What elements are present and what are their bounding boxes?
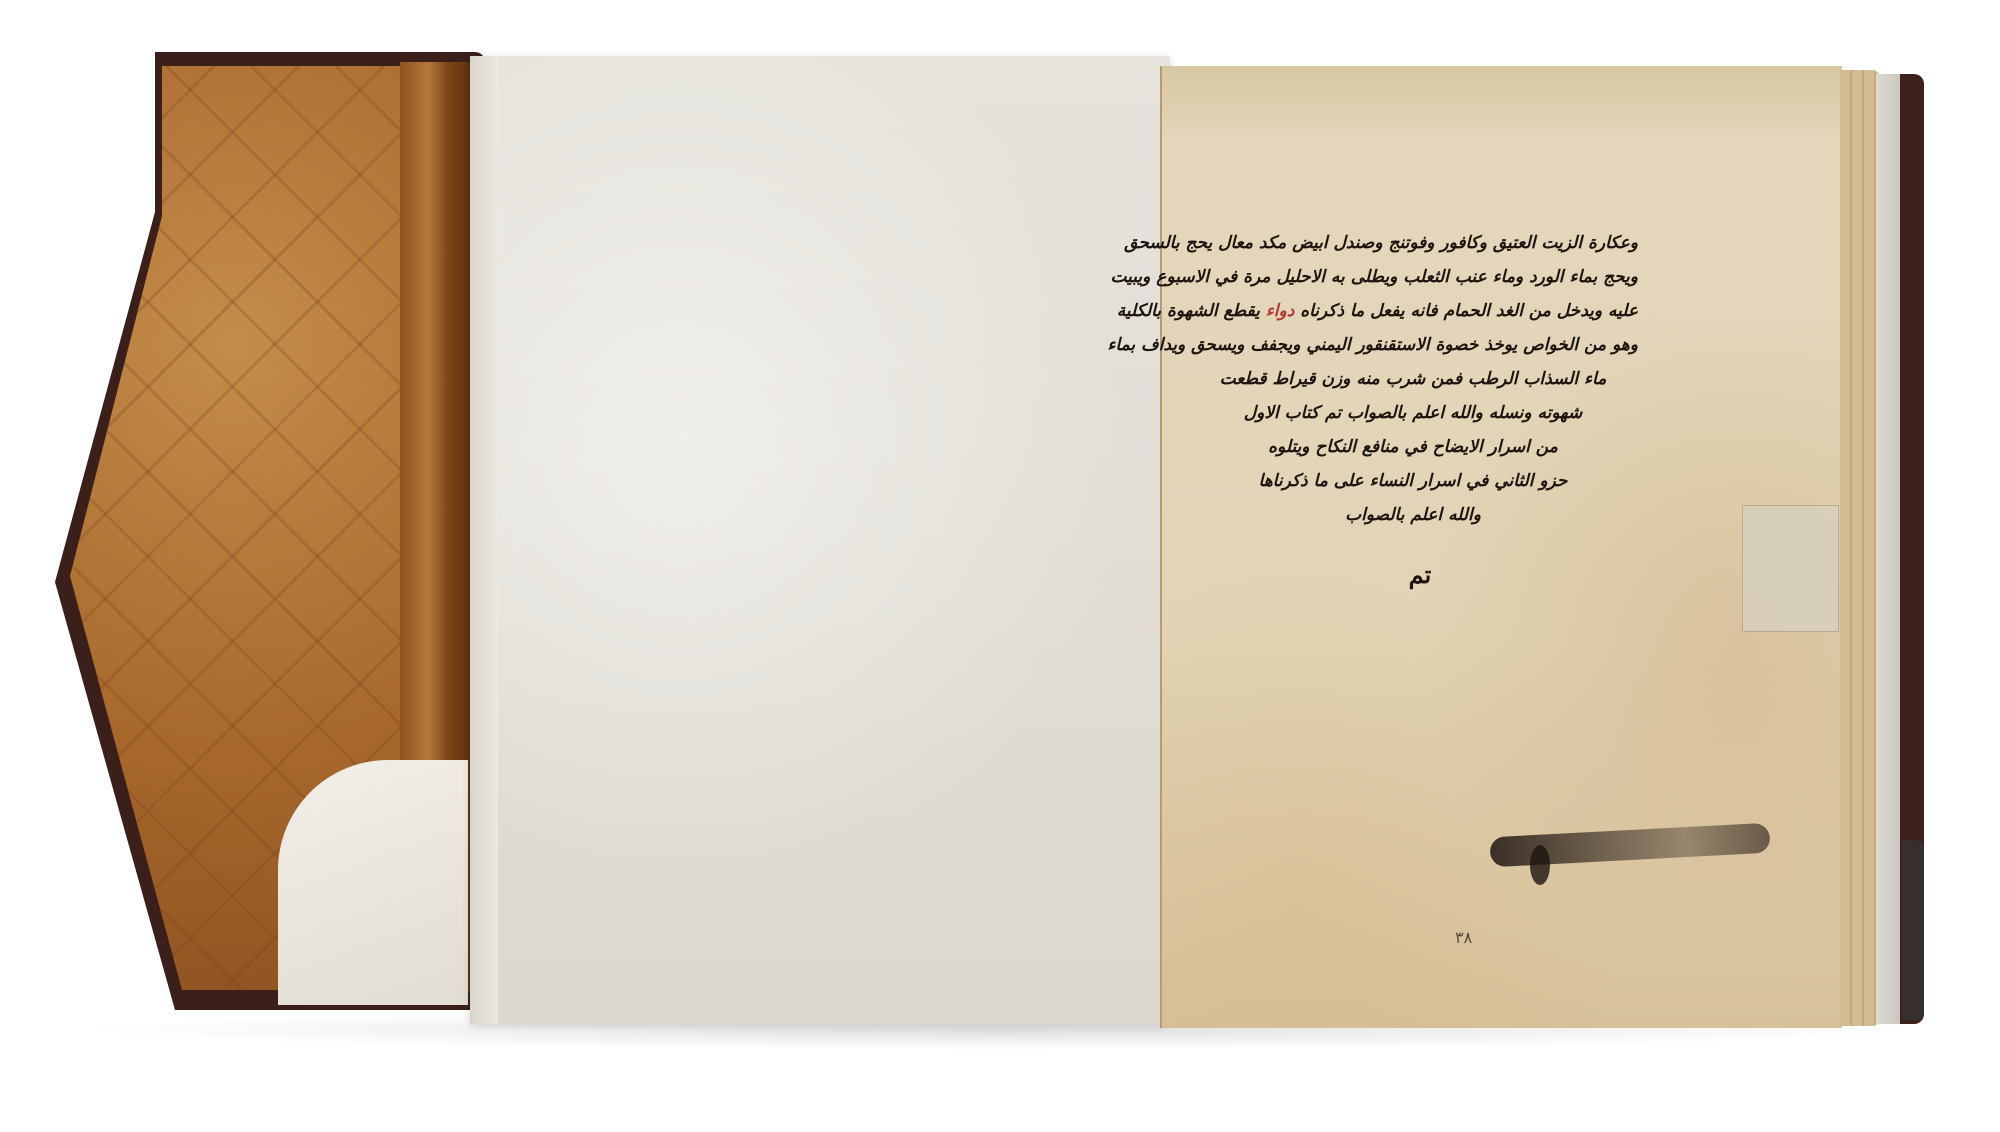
text-line-7: من اسرار الايضاح في منافع النكاح ويتلوه	[1188, 430, 1638, 464]
folio-number: ٣٨	[1455, 928, 1472, 947]
manuscript-text-block: وعكارة الزيت العتيق وكافور وفوتنج وصندل …	[1188, 226, 1638, 532]
text-line-4: وهو من الخواص يوخذ خصوة الاستقنقور اليمن…	[1188, 328, 1638, 362]
rubric-continuation: يقطع الشهوة بالكلية	[1117, 301, 1260, 321]
text-line-1: وعكارة الزيت العتيق وكافور وفوتنج وصندل …	[1188, 226, 1638, 260]
rear-flyleaf-edge	[1876, 74, 1902, 1024]
text-line-5: ماء السذاب الرطب فمن شرب منه وزن قيراط ق…	[1188, 362, 1638, 396]
text-line-3: عليه ويدخل من الغد الحمام فانه يفعل ما ذ…	[1188, 294, 1638, 328]
manuscript-text-page	[1160, 66, 1842, 1028]
text-line-3-main: عليه ويدخل من الغد الحمام فانه يفعل ما ذ…	[1300, 301, 1638, 321]
text-line-9: والله اعلم بالصواب	[1188, 498, 1638, 532]
guard-leaf-gutter	[470, 56, 498, 1024]
text-line-8: حزو الثاني في اسرار النساء على ما ذكرناه…	[1188, 464, 1638, 498]
back-cover-patch	[1902, 840, 1924, 1020]
colophon-mark: تم	[1405, 560, 1435, 610]
ink-blot	[1530, 845, 1550, 885]
page-edges-stack	[1840, 70, 1880, 1026]
rubric-word: دواء	[1266, 301, 1295, 321]
text-line-6: شهوته ونسله والله اعلم بالصواب تم كتاب ا…	[1188, 396, 1638, 430]
tissue-paper-repair	[278, 760, 468, 1005]
paper-repair-patch	[1742, 505, 1839, 632]
text-line-2: ويحج بماء الورد وماء عنب الثعلب ويطلى به…	[1188, 260, 1638, 294]
blank-guard-leaf	[470, 56, 1170, 1024]
